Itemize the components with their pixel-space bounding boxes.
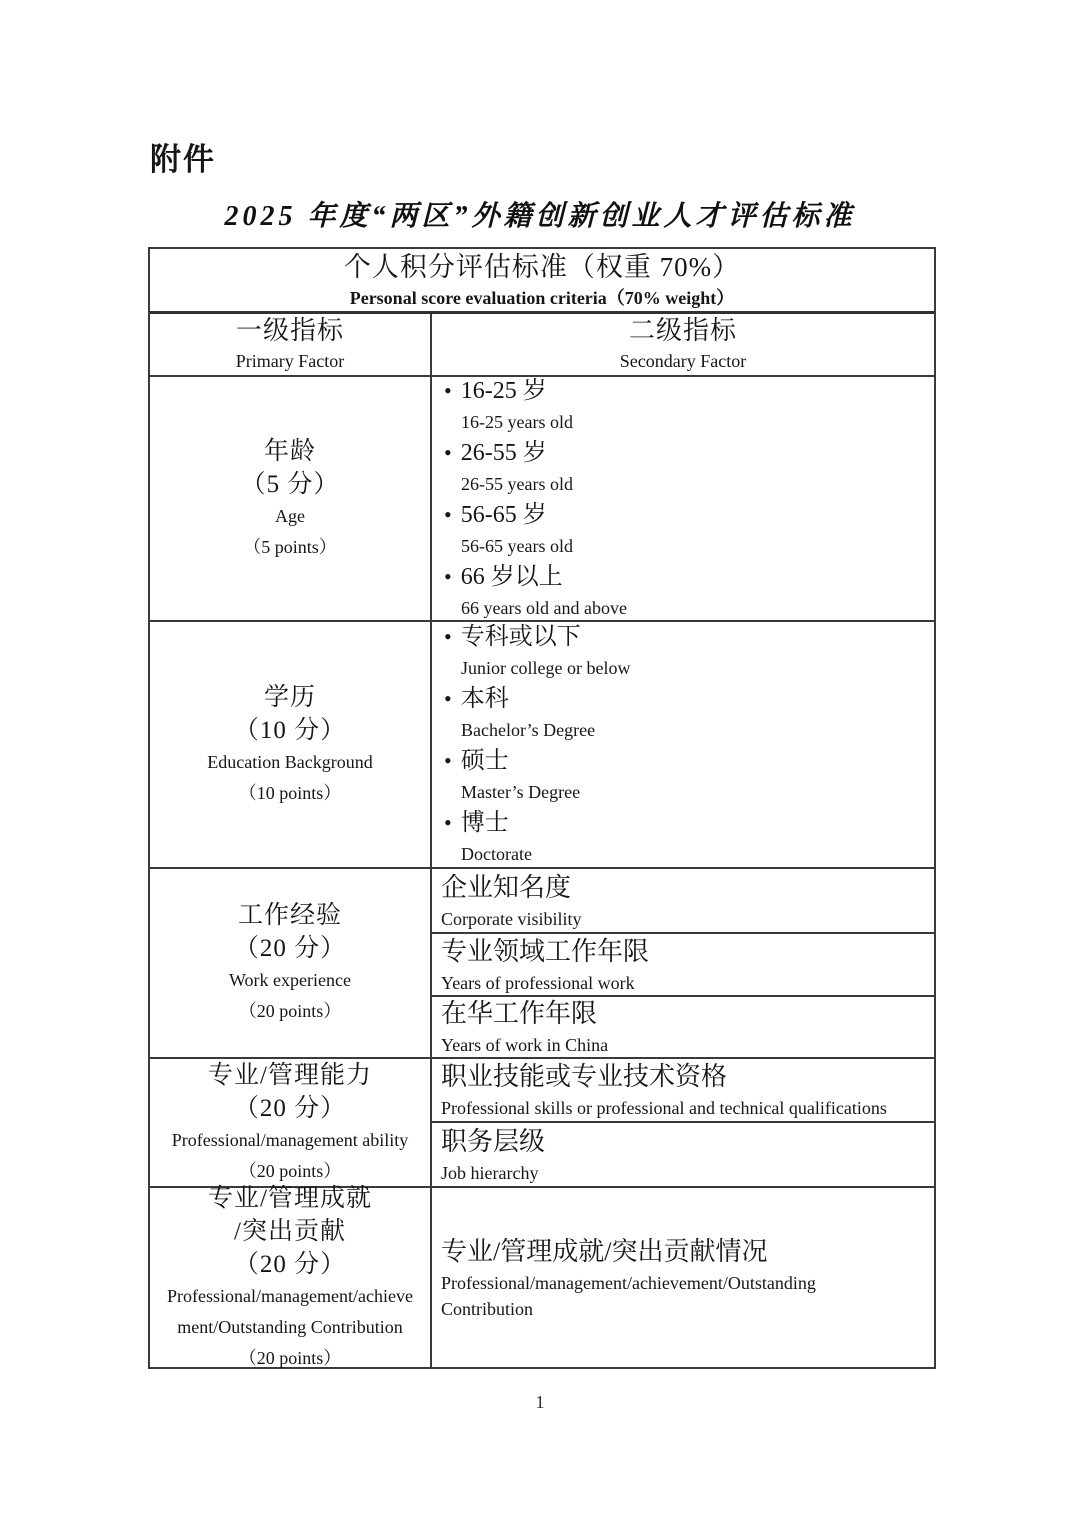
bullet-icon: • [444, 561, 452, 592]
age-secondary-cell: •16-25 岁 16-25 years old •26-55 岁 26-55 … [432, 377, 934, 622]
page-number: 1 [0, 1392, 1080, 1413]
work-subrow-zh: 专业领域工作年限 [441, 934, 649, 970]
age-item-en: 26-55 years old [444, 469, 573, 499]
education-secondary-cell: •专科或以下 Junior college or below •本科 Bache… [432, 622, 934, 869]
education-item-zh: 专科或以下 [461, 622, 581, 653]
work-subrow-cell: 企业知名度 Corporate visibility [432, 869, 934, 934]
ability-subrow-zh: 职务层级 [441, 1124, 545, 1160]
achievement-en: Professional/management/achievement/Outs… [150, 1281, 430, 1343]
table-main-header: 个人积分评估标准（权重 70%） Personal score evaluati… [150, 249, 934, 314]
document-page: 附件 2025 年度“两区”外籍创新创业人才评估标准 个人积分评估标准（权重 7… [0, 0, 1080, 1527]
achievement-secondary-en: Professional/management/achievement/Outs… [441, 1270, 871, 1322]
achievement-score-en: （20 points） [239, 1343, 342, 1374]
age-item-zh: 66 岁以上 [461, 562, 563, 593]
education-item-en: Doctorate [444, 839, 532, 869]
bullet-icon: • [444, 437, 452, 468]
achievement-zh-line1: 专业/管理成就 [208, 1182, 372, 1215]
main-header-zh: 个人积分评估标准（权重 70%） [344, 249, 740, 285]
list-item: •博士 [444, 807, 509, 839]
age-zh: 年龄 [264, 435, 316, 468]
work-zh: 工作经验 [238, 899, 342, 932]
primary-factor-zh: 一级指标 [236, 314, 344, 348]
document-title: 2025 年度“两区”外籍创新创业人才评估标准 [0, 194, 1080, 234]
ability-zh: 专业/管理能力 [208, 1059, 372, 1092]
age-item-en: 66 years old and above [444, 593, 627, 623]
age-primary-cell: 年龄 （5 分） Age （5 points） [150, 377, 432, 622]
work-score-zh: （20 分） [234, 932, 346, 965]
bullet-icon: • [444, 683, 452, 714]
work-score-en: （20 points） [239, 996, 342, 1027]
list-item: •硕士 [444, 745, 509, 777]
education-item-en: Junior college or below [444, 653, 630, 683]
list-item: •16-25 岁 [444, 375, 547, 407]
ability-subrow-en: Job hierarchy [441, 1160, 538, 1186]
age-item-en: 16-25 years old [444, 407, 573, 437]
column-header-secondary: 二级指标 Secondary Factor [432, 314, 934, 377]
work-subrow-en: Years of work in China [441, 1032, 608, 1058]
achievement-zh-line2: /突出贡献 [234, 1215, 346, 1248]
ability-subrow-cell: 职业技能或专业技术资格 Professional skills or profe… [432, 1059, 934, 1123]
work-subrow-en: Corporate visibility [441, 906, 581, 932]
bullet-icon: • [444, 621, 452, 652]
list-item: •26-55 岁 [444, 437, 547, 469]
main-header-en: Personal score evaluation criteria（70% w… [350, 285, 735, 312]
evaluation-table: 个人积分评估标准（权重 70%） Personal score evaluati… [148, 247, 936, 1369]
work-subrow-zh: 企业知名度 [441, 870, 571, 906]
education-item-zh: 硕士 [461, 746, 509, 777]
primary-factor-en: Primary Factor [236, 348, 344, 375]
list-item: •56-65 岁 [444, 499, 547, 531]
ability-score-zh: （20 分） [234, 1092, 346, 1125]
bullet-icon: • [444, 745, 452, 776]
ability-en: Professional/management ability [172, 1125, 408, 1156]
education-score-en: （10 points） [239, 778, 342, 809]
list-item: •专科或以下 [444, 621, 581, 653]
achievement-score-zh: （20 分） [234, 1248, 346, 1281]
education-en: Education Background [207, 747, 372, 778]
achievement-primary-cell: 专业/管理成就 /突出贡献 （20 分） Professional/manage… [150, 1188, 432, 1367]
work-subrow-en: Years of professional work [441, 970, 635, 996]
age-item-en: 56-65 years old [444, 531, 573, 561]
work-subrow-cell: 专业领域工作年限 Years of professional work [432, 934, 934, 997]
education-item-en: Bachelor’s Degree [444, 715, 595, 745]
age-item-zh: 26-55 岁 [461, 438, 547, 469]
list-item: •66 岁以上 [444, 561, 563, 593]
age-item-zh: 16-25 岁 [461, 376, 547, 407]
bullet-icon: • [444, 375, 452, 406]
education-item-zh: 本科 [461, 684, 509, 715]
age-score-en: （5 points） [243, 532, 337, 563]
work-subrow-cell: 在华工作年限 Years of work in China [432, 997, 934, 1059]
bullet-icon: • [444, 807, 452, 838]
list-item: •本科 [444, 683, 509, 715]
achievement-secondary-zh: 专业/管理成就/突出贡献情况 [441, 1234, 767, 1270]
age-score-zh: （5 分） [241, 468, 340, 501]
work-primary-cell: 工作经验 （20 分） Work experience （20 points） [150, 869, 432, 1059]
ability-subrow-en: Professional skills or professional and … [441, 1095, 887, 1121]
secondary-factor-en: Secondary Factor [620, 348, 746, 375]
ability-subrow-zh: 职业技能或专业技术资格 [441, 1059, 727, 1095]
work-en: Work experience [229, 965, 351, 996]
education-primary-cell: 学历 （10 分） Education Background （10 point… [150, 622, 432, 869]
bullet-icon: • [444, 499, 452, 530]
education-item-en: Master’s Degree [444, 777, 580, 807]
column-header-primary: 一级指标 Primary Factor [150, 314, 432, 377]
ability-primary-cell: 专业/管理能力 （20 分） Professional/management a… [150, 1059, 432, 1188]
education-score-zh: （10 分） [234, 714, 346, 747]
attachment-label: 附件 [150, 134, 216, 179]
age-item-zh: 56-65 岁 [461, 500, 547, 531]
work-subrow-zh: 在华工作年限 [441, 996, 597, 1032]
education-zh: 学历 [264, 681, 316, 714]
secondary-factor-zh: 二级指标 [629, 314, 737, 348]
age-en: Age [275, 501, 305, 532]
education-item-zh: 博士 [461, 808, 509, 839]
ability-subrow-cell: 职务层级 Job hierarchy [432, 1123, 934, 1188]
achievement-secondary-cell: 专业/管理成就/突出贡献情况 Professional/management/a… [432, 1188, 934, 1367]
